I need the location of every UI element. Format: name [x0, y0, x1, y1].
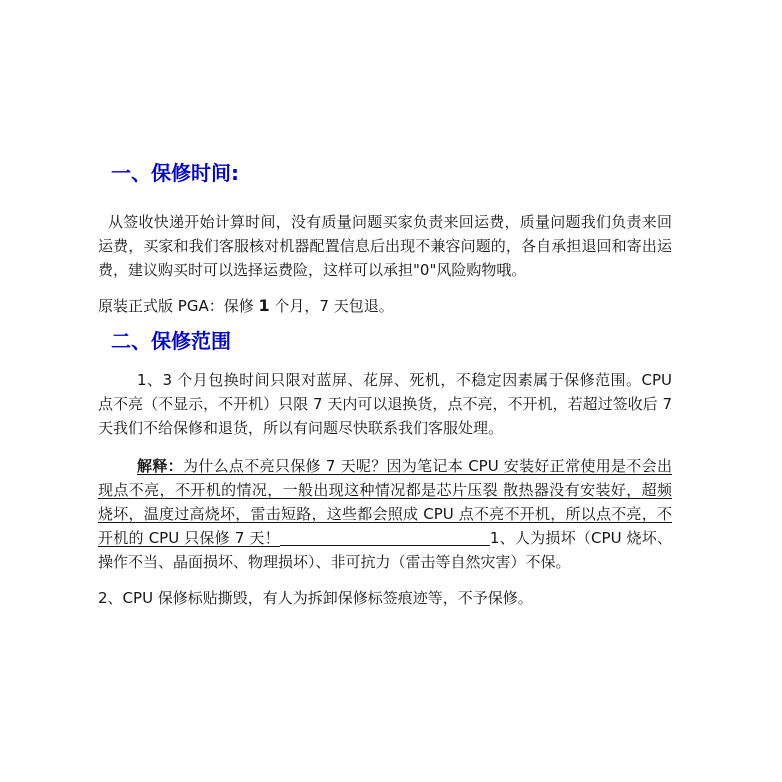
pga-warranty-suffix: 个月，7 天包退。	[270, 297, 394, 315]
explanation-label: 解释：	[137, 457, 183, 475]
blank-underline-rule	[280, 541, 490, 546]
pga-warranty-prefix: 原装正式版 PGA：保修	[98, 297, 258, 315]
paragraph-label-damage: 2、CPU 保修标贴撕毁，有人为拆卸保修标签痕迹等，不予保修。	[98, 586, 672, 610]
document-page: 一、保修时间: 从签收快递开始计算时间，没有质量问题买家负责来回运费，质量问题我…	[98, 160, 672, 610]
paragraph-pga-warranty: 原装正式版 PGA：保修 1 个月，7 天包退。	[98, 294, 672, 318]
pga-warranty-months-number: 1	[258, 296, 269, 315]
paragraph-explanation: 解释：为什么点不亮只保修 7 天呢？因为笔记本 CPU 安装好正常使用是不会出现…	[98, 454, 672, 574]
section-heading-warranty-scope: 二、保修范围	[111, 328, 672, 354]
paragraph-shipping-terms: 从签收快递开始计算时间，没有质量问题买家负责来回运费，质量问题我们负责来回运费，…	[98, 210, 672, 282]
paragraph-exchange-policy: 1、3 个月包换时间只限对蓝屏、花屏、死机，不稳定因素属于保修范围。CPU 点不…	[98, 368, 672, 440]
section-heading-warranty-time: 一、保修时间:	[111, 160, 672, 186]
